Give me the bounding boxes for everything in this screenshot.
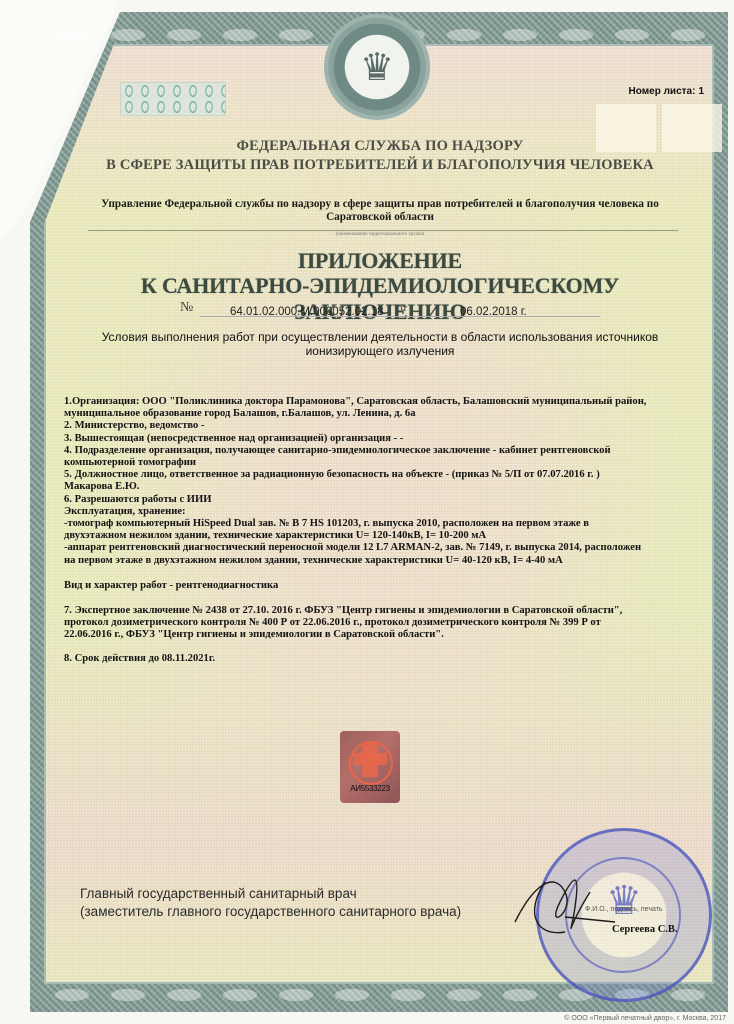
signatory-title-line-1: Главный государственный санитарный врач — [80, 886, 357, 901]
work-type: Вид и характер работ - рентгенодиагности… — [64, 580, 704, 592]
expert-line: 22.06.2016 г., ФБУЗ "Центр гигиены и эпи… — [64, 629, 704, 641]
document-date: 06.02.2018 г. — [460, 306, 527, 318]
body-line: 2. Министерство, ведомство - — [64, 420, 704, 432]
authority-underline — [88, 230, 678, 231]
expert-line: протокол дозиметрического контроля № 400… — [64, 617, 704, 629]
document-number-row: № 64.01.02.000.М.000052.02.18 от 06.02.2… — [60, 300, 700, 324]
validity-period: 8. Срок действия до 08.11.2021г. — [64, 653, 704, 665]
document-body: 1.Организация: ООО "Поликлиника доктора … — [64, 396, 704, 665]
body-line: двухэтажном нежилом здании, технические … — [64, 530, 704, 542]
body-line: 6. Разрешаются работы с ИИИ — [64, 494, 704, 506]
printer-imprint: © ООО «Первый печатный двор», г. Москва,… — [564, 1015, 726, 1022]
security-hologram-strip — [120, 82, 226, 116]
handwritten-signature — [505, 862, 625, 942]
body-line: на первом этаже в двухэтажном нежилом зд… — [64, 555, 704, 567]
hologram-emblem-icon — [349, 741, 393, 785]
sheet-number-value: 1 — [698, 86, 704, 97]
sheet-number-label: Номер листа: — [629, 86, 696, 97]
body-line: -томограф компьютерный HiSpeed Dual зав.… — [64, 518, 704, 530]
body-line: Макарова Е.Ю. — [64, 481, 704, 493]
signatory-title-line-2: (заместитель главного государственного с… — [80, 904, 461, 919]
conditions-heading: Условия выполнения работ при осуществлен… — [70, 330, 690, 358]
body-line: -аппарат рентгеновский диагностический п… — [64, 542, 704, 554]
agency-name-line-2: В СФЕРЕ ЗАЩИТЫ ПРАВ ПОТРЕБИТЕЛЕЙ И БЛАГО… — [60, 157, 700, 174]
body-line: 4. Подразделение организация, получающее… — [64, 445, 704, 457]
double-headed-eagle-icon: ♛ — [328, 18, 426, 116]
hologram-serial: АИ5533223 — [340, 784, 400, 793]
body-line: 3. Вышестоящая (непосредственное над орг… — [64, 433, 704, 445]
body-line: 5. Должностное лицо, ответственное за ра… — [64, 469, 704, 481]
agency-name-line-1: ФЕДЕРАЛЬНАЯ СЛУЖБА ПО НАДЗОРУ — [60, 138, 700, 155]
expert-line: 7. Экспертное заключение № 2438 от 27.10… — [64, 605, 704, 617]
signer-name: Сергеева С.В. — [612, 924, 678, 935]
from-label: от — [397, 302, 407, 314]
body-line: муниципальное образование город Балашов,… — [64, 408, 704, 420]
conditions-line-1: Условия выполнения работ при осуществлен… — [70, 330, 690, 344]
body-line: компьютерной томографии — [64, 457, 704, 469]
sheet-number: Номер листа:1 — [629, 86, 704, 97]
authority-line-2: Саратовской области — [90, 211, 670, 224]
document-title-line-1: ПРИЛОЖЕНИЕ — [60, 248, 700, 274]
authority-caption: (наименование территориального органа) — [60, 232, 700, 237]
body-line: Эксплуатация, хранение: — [64, 506, 704, 518]
document-number: 64.01.02.000.М.000052.02.18 — [230, 306, 383, 318]
fio-caption: Ф.И.О., подпись, печать — [585, 906, 663, 913]
number-sign: № — [180, 300, 193, 316]
hologram-sticker: АИ5533223 — [340, 731, 400, 803]
rospotrebnadzor-emblem: ♛ — [328, 18, 426, 116]
territorial-authority: Управление Федеральной службы по надзору… — [90, 198, 670, 224]
conditions-line-2: ионизирующего излучения — [70, 344, 690, 358]
authority-line-1: Управление Федеральной службы по надзору… — [90, 198, 670, 211]
body-line: 1.Организация: ООО "Поликлиника доктора … — [64, 396, 704, 408]
